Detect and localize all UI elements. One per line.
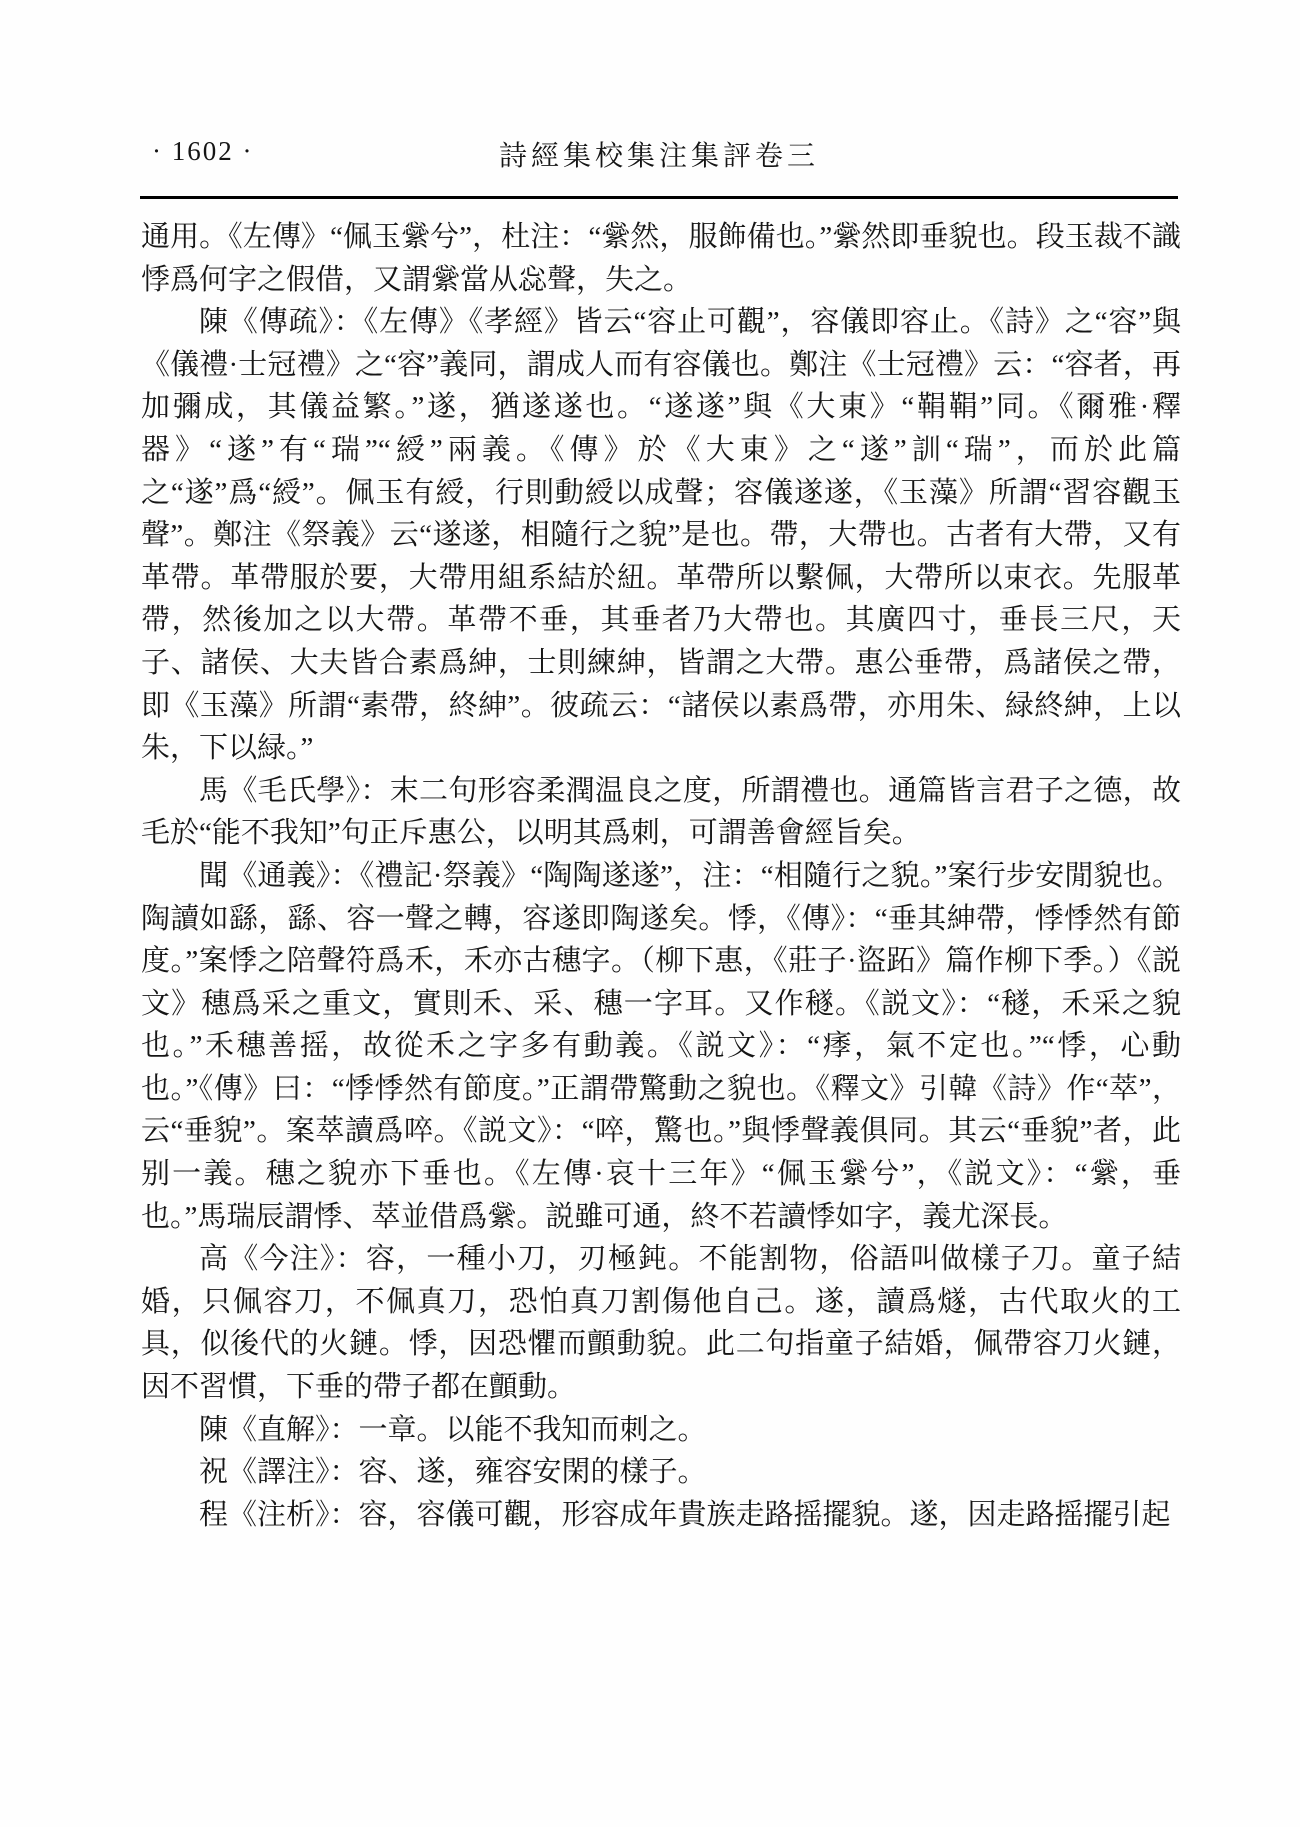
paragraph-cheng-zhuxi: 程《注析》：容，容儀可觀，形容成年貴族走路摇擺貌。遂，因走路摇擺引起: [141, 1494, 1181, 1537]
paragraph-continuation: 通用。《左傳》“佩玉繠兮”，杜注：“繠然，服飾備也。”繠然即垂貌也。段玉裁不識悸…: [141, 216, 1181, 301]
header-divider: [140, 196, 1178, 199]
book-page: · 1602 · 詩經集校集注集評卷三 通用。《左傳》“佩玉繠兮”，杜注：“繠然…: [0, 0, 1300, 1827]
paragraph-ma-maoshixue: 馬《毛氏學》：末二句形容柔潤温良之度，所謂禮也。通篇皆言君子之德，故毛於“能不我…: [141, 770, 1181, 855]
paragraph-wen-tongyi: 聞《通義》：《禮記·祭義》“陶陶遂遂”，注：“相隨行之貌。”案行步安閒貌也。陶讀…: [141, 855, 1181, 1238]
paragraph-chen-zhijie: 陳《直解》：一章。以能不我知而刺之。: [141, 1409, 1181, 1452]
paragraph-zhu-yizhu: 祝《譯注》：容、遂，雍容安閑的樣子。: [141, 1451, 1181, 1494]
chapter-title: 詩經集校集注集評卷三: [140, 134, 1178, 174]
running-header: · 1602 · 詩經集校集注集評卷三: [140, 130, 1178, 178]
paragraph-chen-chuanshu: 陳《傳疏》：《左傳》《孝經》皆云“容止可觀”，容儀即容止。《詩》之“容”與《儀禮…: [141, 301, 1181, 770]
paragraph-gao-jinzhu: 高《今注》：容，一種小刀，刃極鈍。不能割物，俗語叫做樣子刀。童子結婚，只佩容刀，…: [141, 1238, 1181, 1408]
body-text: 通用。《左傳》“佩玉繠兮”，杜注：“繠然，服飾備也。”繠然即垂貌也。段玉裁不識悸…: [141, 216, 1181, 1536]
